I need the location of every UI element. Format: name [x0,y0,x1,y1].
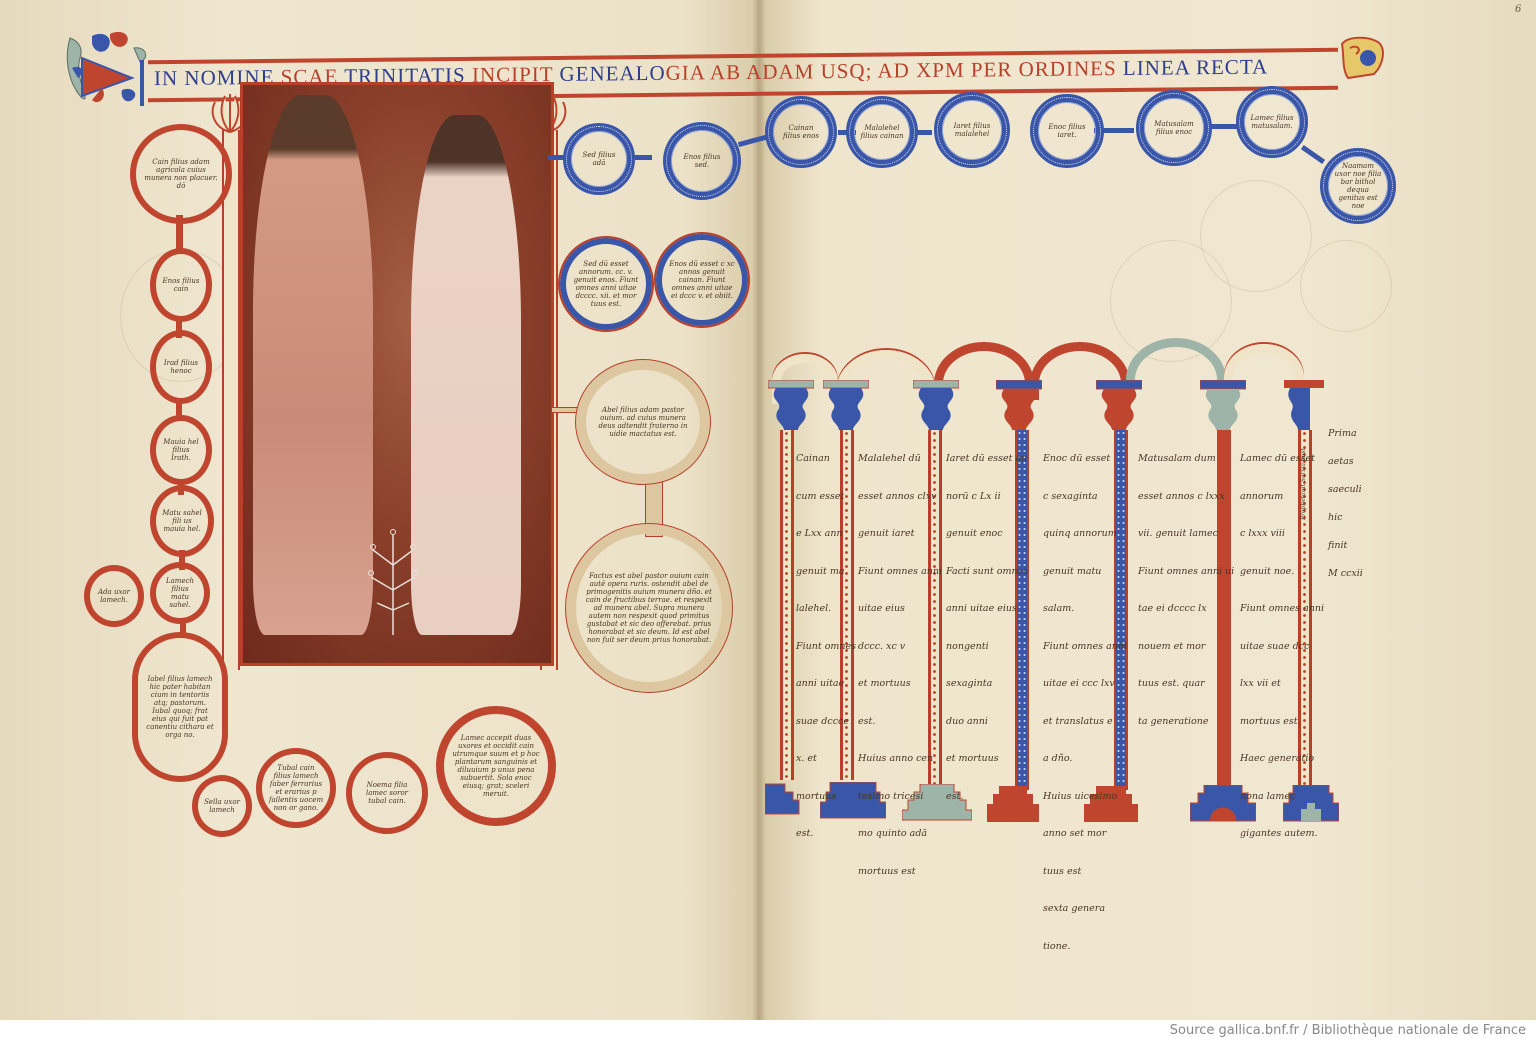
manuscript-spread: 6 IN NOMINE SCAE TRINITATIS INCIPIT GENE… [0,0,1536,1020]
genealogy-link [632,155,652,160]
arcade-text-column-3: Iaret dū esset annorū c Lx iigenuit enoc… [946,440,1028,815]
title-part: GIA AB ADAM USQ; AD XPM [666,58,971,85]
scroll-tailpiece-icon [1338,34,1388,84]
genealogy-node-seth: Sed filius adā [563,123,635,195]
decorated-initial-icon [62,28,152,108]
column-capital-icon [913,380,959,430]
book-gutter [752,0,766,1020]
genealogy-note-abel: Factus est abel pastor ouium cain autē o… [566,524,732,692]
genealogy-node-lamech: Lamech filius matu sahel. [150,562,210,624]
viewer-footer: Source gallica.bnf.fr / Bibliothèque nat… [0,1020,1536,1045]
genealogy-node-abel: Abel filius adam pastor ouium. ad cuius … [576,360,710,484]
title-part: PER ORDINES [971,56,1123,82]
show-through-stain [1300,240,1392,332]
genealogy-node-ada: Ada uxor lamech. [84,565,144,627]
column-capital-icon [996,380,1042,430]
genealogy-node-sella: Sella uxor lamech [192,775,252,837]
genealogy-node-iabel-iubal: Iabel filius lamech hic pater habitan ci… [132,632,228,782]
arcade-column [780,430,794,780]
genealogy-node-noah-wife: Naamam uxor noe filia bar bithol dequa g… [1320,148,1396,224]
genealogy-node-lamech-seth: Lamec filius matusalam. [1236,86,1308,158]
arcade-text-column-5: Matusalam dumesset annos c lxxxvii. genu… [1138,440,1234,740]
column-capital-icon [823,380,869,430]
column-capital-icon [768,380,814,430]
tree-of-knowledge-icon [363,515,423,635]
adam-figure [253,95,373,635]
genealogy-note-enos: Enos dū esset c xc annos genuit cainan. … [656,234,748,326]
genealogy-node-tubalcain: Tubal cain filius lamech faber ferrarius… [256,748,336,828]
adam-and-eve-miniature [240,82,554,666]
title-part: LINEA RECTA [1123,55,1268,81]
genealogy-node-noema: Noema filia lamec soror tubal cain. [346,752,428,834]
genealogy-node-malalehel: Malalehel filius cainan [846,96,918,168]
arcade-text-column-1: Cainancum essete Lxx anngenuit malalehel… [796,440,856,853]
frame-column-left [222,130,240,670]
genealogy-node-mathusahel: Matu sahel fili us mauia hel. [150,485,214,557]
genealogy-node-maviahel: Mauia hel filius Irath. [150,415,212,485]
arcade-text-column-7: PrimaaetassaeculihicfinitM ccxii [1328,420,1363,588]
arcade-text-column-2: Malalehel dūesset annos clxvgenuit iaret… [858,440,942,890]
genealogy-node-mathusalam: Matusalam filius enoc [1136,90,1212,166]
genealogy-link [1208,124,1238,129]
arcade-text-column-4: Enoc dū essetc sexagintaquinq annorumgen… [1043,440,1127,965]
title-part: GENEALO [559,61,665,86]
eve-figure [411,115,521,635]
genealogy-note-seth: Sed dū esset annorum. cc. v. genuit enos… [560,238,652,330]
column-capital-icon [1284,380,1324,430]
arcade-text-column-6: Lamec dū essetannorumc lxxx viiigenuit n… [1240,440,1324,853]
genealogy-node-cainan: Cainan filius enos [765,96,837,168]
column-capital-icon [1096,380,1142,430]
genealogy-node-enos: Enos filius cain [150,248,212,322]
source-credit: Source gallica.bnf.fr / Bibliothèque nat… [1170,1023,1526,1038]
genealogy-node-irad: Irad filius henoc [150,330,212,404]
genealogy-node-enos-seth: Enos filius sed. [663,122,741,200]
folio-number: 6 [1515,4,1521,15]
genealogy-node-enoch: Enoc filius iaret. [1030,94,1104,168]
show-through-stain [1200,180,1312,292]
genealogy-node-iaret: Iaret filius malalehel [934,92,1010,168]
column-side-note: Prophetauit Sarsia post [1300,448,1307,520]
genealogy-node-cain: Cain filius adam agricola cuius munera n… [130,124,232,224]
column-capital-icon [1200,380,1246,430]
genealogy-note-lamech: Lamec accepit duas uxores et occidit cai… [436,706,556,826]
